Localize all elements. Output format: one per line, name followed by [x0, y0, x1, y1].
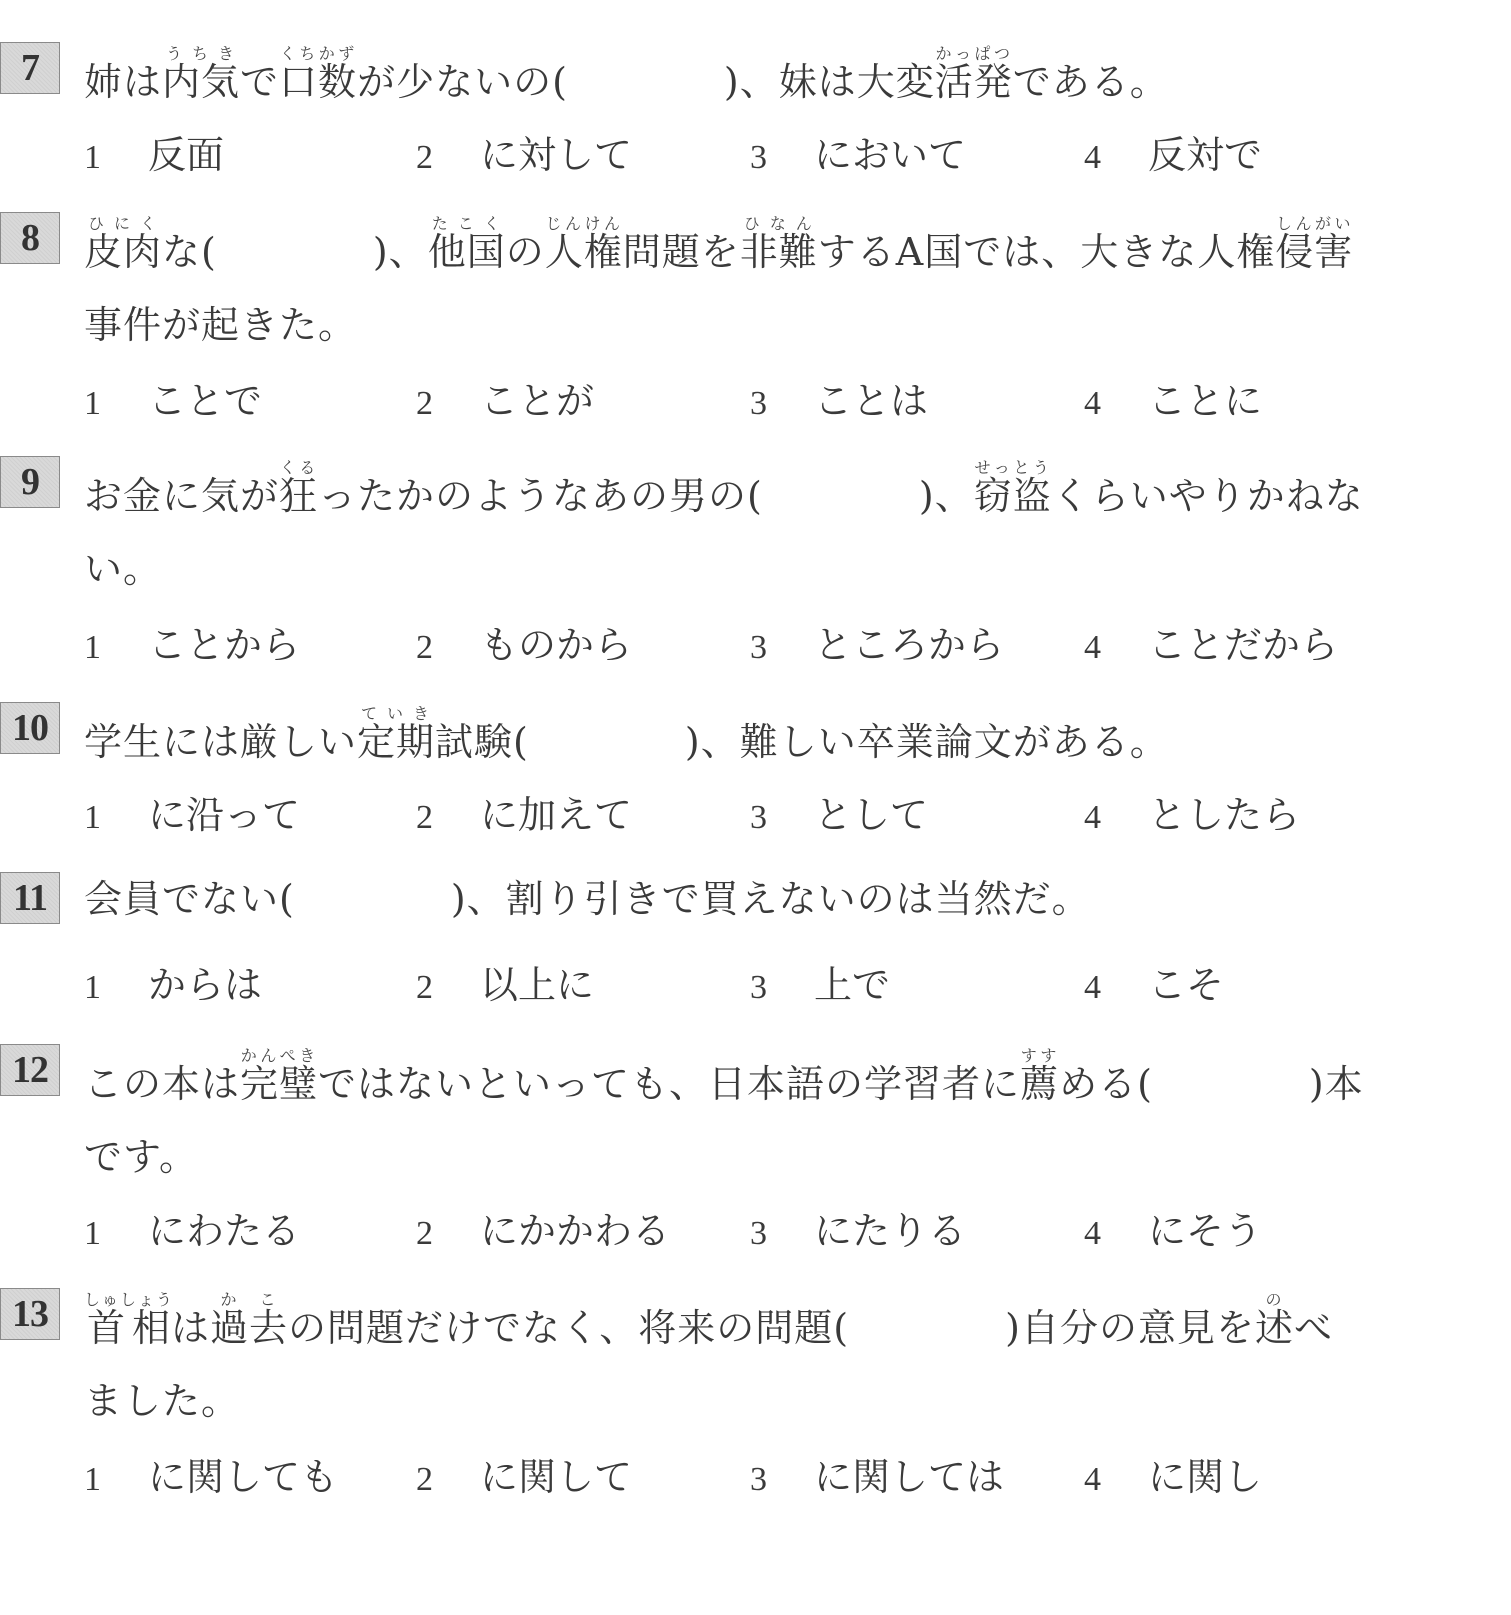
question-sentence: この本は完璧かんぺきではないといっても、日本語の学習者に薦すすめる( )本 — [84, 1046, 1364, 1109]
answer-blank[interactable] — [849, 1303, 1005, 1353]
choice-option[interactable]: 2に関して — [416, 1452, 632, 1505]
choice-option[interactable]: 2にかかわる — [416, 1206, 670, 1259]
answer-blank[interactable] — [217, 227, 373, 277]
choice-option[interactable]: 2以上に — [416, 960, 594, 1013]
choice-option[interactable]: 1反面 — [84, 130, 224, 183]
answer-choices: 1反面 2に対して 3において 4反対で — [84, 130, 1484, 180]
choice-option[interactable]: 2ものから — [416, 620, 632, 673]
choice-option[interactable]: 1からは — [84, 960, 262, 1013]
question-sentence-continued: 事件が起きた。 — [84, 300, 357, 350]
choice-option[interactable]: 2ことが — [416, 376, 594, 429]
question-number-badge: 13 — [0, 1288, 60, 1340]
answer-choices: 1からは 2以上に 3上で 4こそ — [84, 960, 1484, 1010]
choice-option[interactable]: 3ところから — [750, 620, 1004, 673]
answer-blank[interactable] — [568, 57, 724, 107]
choice-option[interactable]: 4としたら — [1084, 790, 1300, 843]
answer-choices: 1に沿って 2に加えて 3として 4としたら — [84, 790, 1484, 840]
choice-option[interactable]: 3において — [750, 130, 966, 183]
question-number-badge: 11 — [0, 872, 60, 924]
question-sentence-continued: ました。 — [84, 1376, 240, 1426]
answer-blank[interactable] — [295, 874, 451, 924]
choice-option[interactable]: 2に加えて — [416, 790, 632, 843]
question-sentence: 会員でない( )、割り引きで買えないのは当然だ。 — [84, 874, 1091, 924]
question-sentence-continued: い。 — [84, 544, 162, 594]
choice-option[interactable]: 4ことだから — [1084, 620, 1338, 673]
choice-option[interactable]: 3にたりる — [750, 1206, 966, 1259]
answer-blank[interactable] — [529, 717, 685, 767]
choice-option[interactable]: 4反対で — [1084, 130, 1262, 183]
question-number-badge: 12 — [0, 1044, 60, 1096]
answer-choices: 1ことから 2ものから 3ところから 4ことだから — [84, 620, 1484, 670]
choice-option[interactable]: 3上で — [750, 960, 890, 1013]
choice-option[interactable]: 3に関しては — [750, 1452, 1004, 1505]
question-sentence: お金に気が狂くるったかのようなあの男の( )、窃盗せっとうくらいやりかねな — [84, 458, 1364, 521]
choice-option[interactable]: 3として — [750, 790, 928, 843]
choice-option[interactable]: 1ことで — [84, 376, 262, 429]
question-sentence: 首相しゅしょうは過去かこの問題だけでなく、将来の問題( )自分の意見を述のべ — [84, 1290, 1333, 1353]
question-sentence: 皮肉ひにくな( )、他国たこくの人権じんけん問題を非難ひなんするA国では、大きな… — [84, 214, 1353, 277]
question-number-badge: 8 — [0, 212, 60, 264]
choice-option[interactable]: 4こそ — [1084, 960, 1224, 1013]
choice-option[interactable]: 4にそう — [1084, 1206, 1262, 1259]
question-sentence-continued: です。 — [84, 1132, 198, 1182]
question-number-badge: 7 — [0, 42, 60, 94]
choice-option[interactable]: 1にわたる — [84, 1206, 300, 1259]
question-sentence: 学生には厳しい定期ていき試験( )、難しい卒業論文がある。 — [84, 704, 1169, 767]
answer-blank[interactable] — [1153, 1059, 1309, 1109]
question-number-badge: 10 — [0, 702, 60, 754]
choice-option[interactable]: 4ことに — [1084, 376, 1262, 429]
choice-option[interactable]: 1ことから — [84, 620, 300, 673]
choice-option[interactable]: 3ことは — [750, 376, 928, 429]
choice-option[interactable]: 4に関し — [1084, 1452, 1262, 1505]
choice-option[interactable]: 1に沿って — [84, 790, 300, 843]
question-number-badge: 9 — [0, 456, 60, 508]
choice-option[interactable]: 1に関しても — [84, 1452, 338, 1505]
choice-option[interactable]: 2に対して — [416, 130, 632, 183]
answer-choices: 1に関しても 2に関して 3に関しては 4に関し — [84, 1452, 1484, 1502]
answer-choices: 1ことで 2ことが 3ことは 4ことに — [84, 376, 1484, 426]
exercise-page: 7 姉は内気うちきで口数くちかずが少ないの( )、妹は大変活発かっぱつである。 … — [0, 0, 1511, 1615]
question-sentence: 姉は内気うちきで口数くちかずが少ないの( )、妹は大変活発かっぱつである。 — [84, 44, 1169, 107]
answer-choices: 1にわたる 2にかかわる 3にたりる 4にそう — [84, 1206, 1484, 1256]
answer-blank[interactable] — [763, 471, 919, 521]
